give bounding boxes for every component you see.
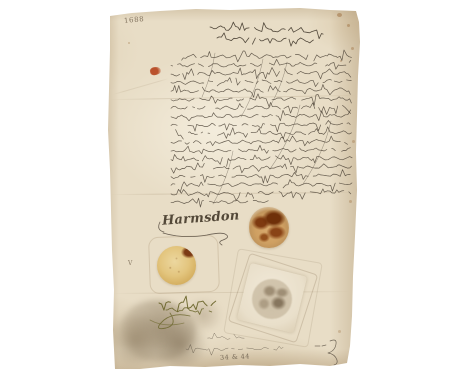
edge-shade-top xyxy=(108,8,360,21)
foxing-dot xyxy=(351,47,354,50)
margin-mark: V xyxy=(128,260,132,267)
archive-number: 1688 xyxy=(124,15,145,25)
red-wax-seal xyxy=(249,207,289,248)
foxing-dot xyxy=(337,13,342,17)
crease-line xyxy=(110,95,356,100)
signature-text: Harmsdon xyxy=(162,208,240,228)
yellow-wax-seal xyxy=(157,246,196,285)
crease-line xyxy=(113,78,169,95)
ink-stain xyxy=(108,315,163,365)
docket-note: 34 & 44 xyxy=(220,352,250,362)
edge-shade-right xyxy=(330,8,360,368)
foxing-dot xyxy=(340,60,342,62)
foxing-dot xyxy=(349,200,352,203)
foxing-dot xyxy=(352,140,355,143)
manuscript-sheet: 1688 V Harmsdon 34 & 44 xyxy=(0,0,468,382)
red-pigment-smudge xyxy=(149,66,161,76)
ink-stain xyxy=(182,300,224,330)
foxing-dot xyxy=(347,24,350,27)
foxing-dot xyxy=(338,330,341,333)
foxing-dot xyxy=(128,42,130,44)
crease-line xyxy=(110,192,355,195)
papered-seal-impression xyxy=(252,279,292,319)
edge-shade-left xyxy=(108,8,119,369)
photo-canvas: 1688 V Harmsdon 34 & 44 xyxy=(0,0,468,382)
